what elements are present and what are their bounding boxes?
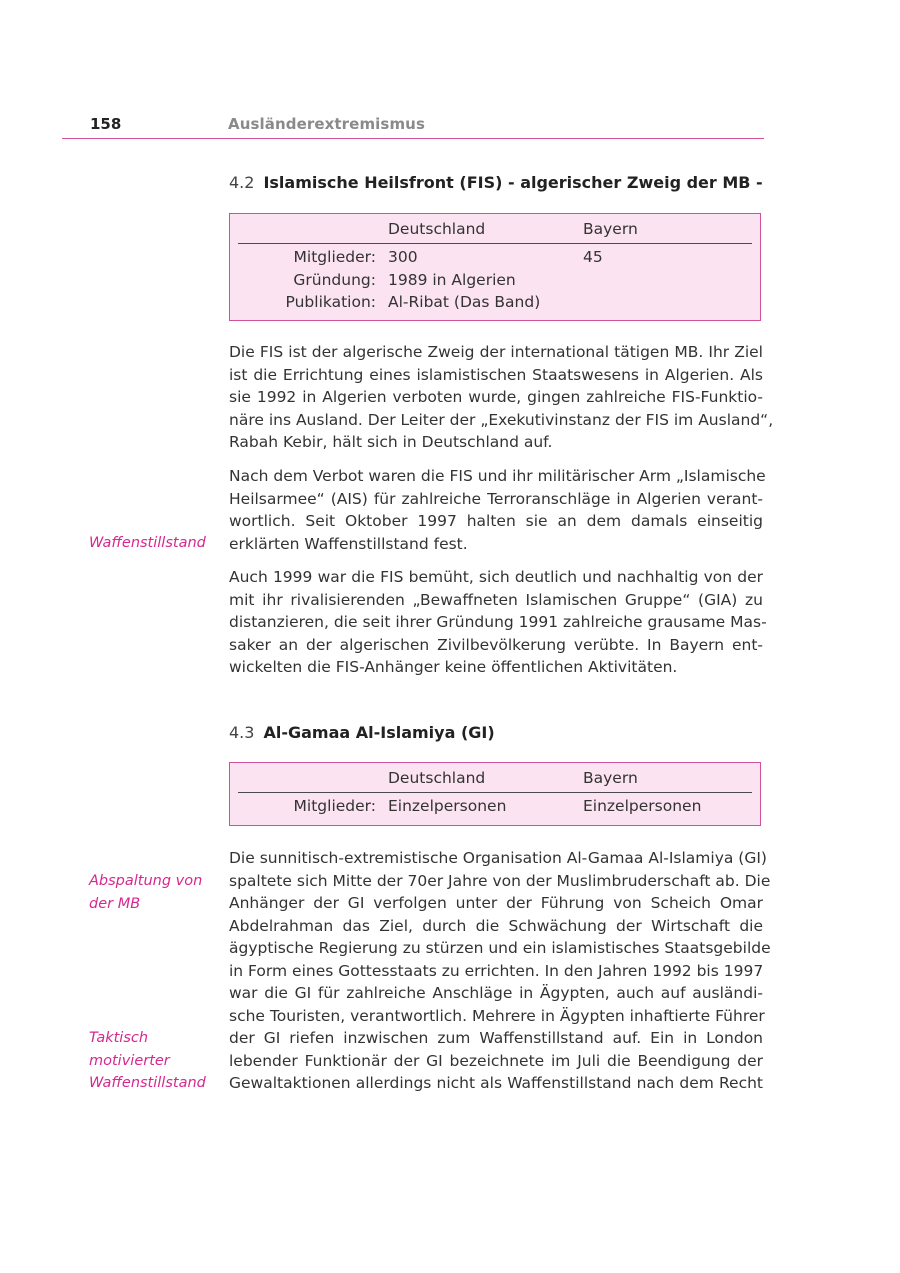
paragraph: Nach dem Verbot waren die FIS und ihr mi… bbox=[229, 465, 763, 555]
text-line: spaltete sich Mitte der 70er Jahre von d… bbox=[229, 870, 763, 893]
fact-box-fis: Deutschland Bayern Mitglieder: 300 45 Gr… bbox=[229, 213, 761, 321]
row-label: Gründung: bbox=[293, 271, 376, 289]
text-line: der GI riefen inzwischen zum Waffenstill… bbox=[229, 1027, 763, 1050]
text-line: ist die Errichtung eines islamistischen … bbox=[229, 364, 763, 387]
row-label: Publikation: bbox=[286, 293, 376, 311]
text-line: sche Touristen, verantwortlich. Mehrere … bbox=[229, 1005, 763, 1028]
text-line: war die GI für zahlreiche Anschläge in Ä… bbox=[229, 982, 763, 1005]
fact-box-header: Deutschland Bayern bbox=[238, 214, 752, 244]
text-line: näre ins Ausland. Der Leiter der „Exekut… bbox=[229, 409, 763, 432]
column-header-deutschland: Deutschland bbox=[388, 769, 485, 787]
page-number: 158 bbox=[90, 115, 121, 133]
section-heading-4-3: 4.3Al-Gamaa Al-Islamiya (GI) bbox=[229, 723, 495, 742]
fact-row: Mitglieder: Einzelpersonen Einzelpersone… bbox=[230, 797, 760, 820]
running-head: 158 Ausländerextremismus bbox=[62, 113, 764, 139]
column-header-deutschland: Deutschland bbox=[388, 220, 485, 238]
margin-note-abspaltung: Abspaltung von der MB bbox=[89, 870, 202, 915]
margin-note: Waffenstillstand bbox=[89, 532, 206, 555]
text-line: wortlich. Seit Oktober 1997 halten sie a… bbox=[229, 510, 763, 533]
margin-note-line: Waffenstillstand bbox=[89, 1072, 206, 1095]
running-title: Ausländerextremismus bbox=[228, 115, 425, 133]
margin-note-waffenstillstand: Taktisch motivierter Waffenstillstand bbox=[89, 1027, 206, 1095]
section-title: Islamische Heilsfront (FIS) - algerische… bbox=[263, 173, 762, 192]
text-line: Auch 1999 war die FIS bemüht, sich deutl… bbox=[229, 566, 763, 589]
margin-note-line: der MB bbox=[89, 893, 202, 916]
text-line: Anhänger der GI verfolgen unter der Führ… bbox=[229, 892, 763, 915]
text-line: Rabah Kebir, hält sich in Deutschland au… bbox=[229, 431, 763, 454]
row-value-bayern: Einzelpersonen bbox=[583, 797, 701, 815]
fact-box-gi: Deutschland Bayern Mitglieder: Einzelper… bbox=[229, 762, 761, 826]
row-value-deutschland: 300 bbox=[388, 248, 418, 266]
text-line: distanzieren, die seit ihrer Gründung 19… bbox=[229, 611, 763, 634]
column-header-bayern: Bayern bbox=[583, 220, 638, 238]
fact-row: Gründung: 1989 in Algerien bbox=[230, 271, 760, 294]
text-line: Die sunnitisch-extremistische Organisati… bbox=[229, 847, 763, 870]
text-line: ägyptische Regierung zu stürzen und ein … bbox=[229, 937, 763, 960]
fact-row: Publikation: Al-Ribat (Das Band) bbox=[230, 293, 760, 316]
paragraph: Die FIS ist der algerische Zweig der int… bbox=[229, 341, 763, 454]
row-value-bayern: 45 bbox=[583, 248, 603, 266]
section-number: 4.3 bbox=[229, 723, 254, 742]
row-value-deutschland: 1989 in Algerien bbox=[388, 271, 516, 289]
text-line: sie 1992 in Algerien verboten wurde, gin… bbox=[229, 386, 763, 409]
text-line: Gewaltaktionen allerdings nicht als Waff… bbox=[229, 1072, 763, 1095]
row-value-deutschland: Einzelpersonen bbox=[388, 797, 506, 815]
text-line: Nach dem Verbot waren die FIS und ihr mi… bbox=[229, 465, 763, 488]
paragraph: Die sunnitisch-extremistische Organisati… bbox=[229, 847, 763, 1095]
text-line: Heilsarmee“ (AIS) für zahlreiche Terrora… bbox=[229, 488, 763, 511]
section-title: Al-Gamaa Al-Islamiya (GI) bbox=[263, 723, 494, 742]
text-line: saker an der algerischen Zivilbevölkerun… bbox=[229, 634, 763, 657]
section-heading-4-2: 4.2Islamische Heilsfront (FIS) - algeris… bbox=[229, 173, 763, 192]
fact-box-header: Deutschland Bayern bbox=[238, 763, 752, 793]
text-line: in Form eines Gottesstaats zu errichten.… bbox=[229, 960, 763, 983]
text-line: mit ihr rivalisierenden „Bewaffneten Isl… bbox=[229, 589, 763, 612]
section-number: 4.2 bbox=[229, 173, 254, 192]
text-line: Abdelrahman das Ziel, durch die Schwächu… bbox=[229, 915, 763, 938]
row-label: Mitglieder: bbox=[294, 797, 376, 815]
margin-note-line: motivierter bbox=[89, 1050, 206, 1073]
row-value-deutschland: Al-Ribat (Das Band) bbox=[388, 293, 540, 311]
margin-note-line: Abspaltung von bbox=[89, 870, 202, 893]
column-header-bayern: Bayern bbox=[583, 769, 638, 787]
margin-note-line: Taktisch bbox=[89, 1027, 206, 1050]
text-line: wickelten die FIS-Anhänger keine öffentl… bbox=[229, 656, 763, 679]
text-line: Die FIS ist der algerische Zweig der int… bbox=[229, 341, 763, 364]
paragraph: Auch 1999 war die FIS bemüht, sich deutl… bbox=[229, 566, 763, 679]
row-label: Mitglieder: bbox=[294, 248, 376, 266]
text-line: erklärten Waffenstillstand fest. bbox=[229, 533, 763, 556]
text-line: lebender Funktionär der GI bezeichnete i… bbox=[229, 1050, 763, 1073]
fact-row: Mitglieder: 300 45 bbox=[230, 248, 760, 271]
